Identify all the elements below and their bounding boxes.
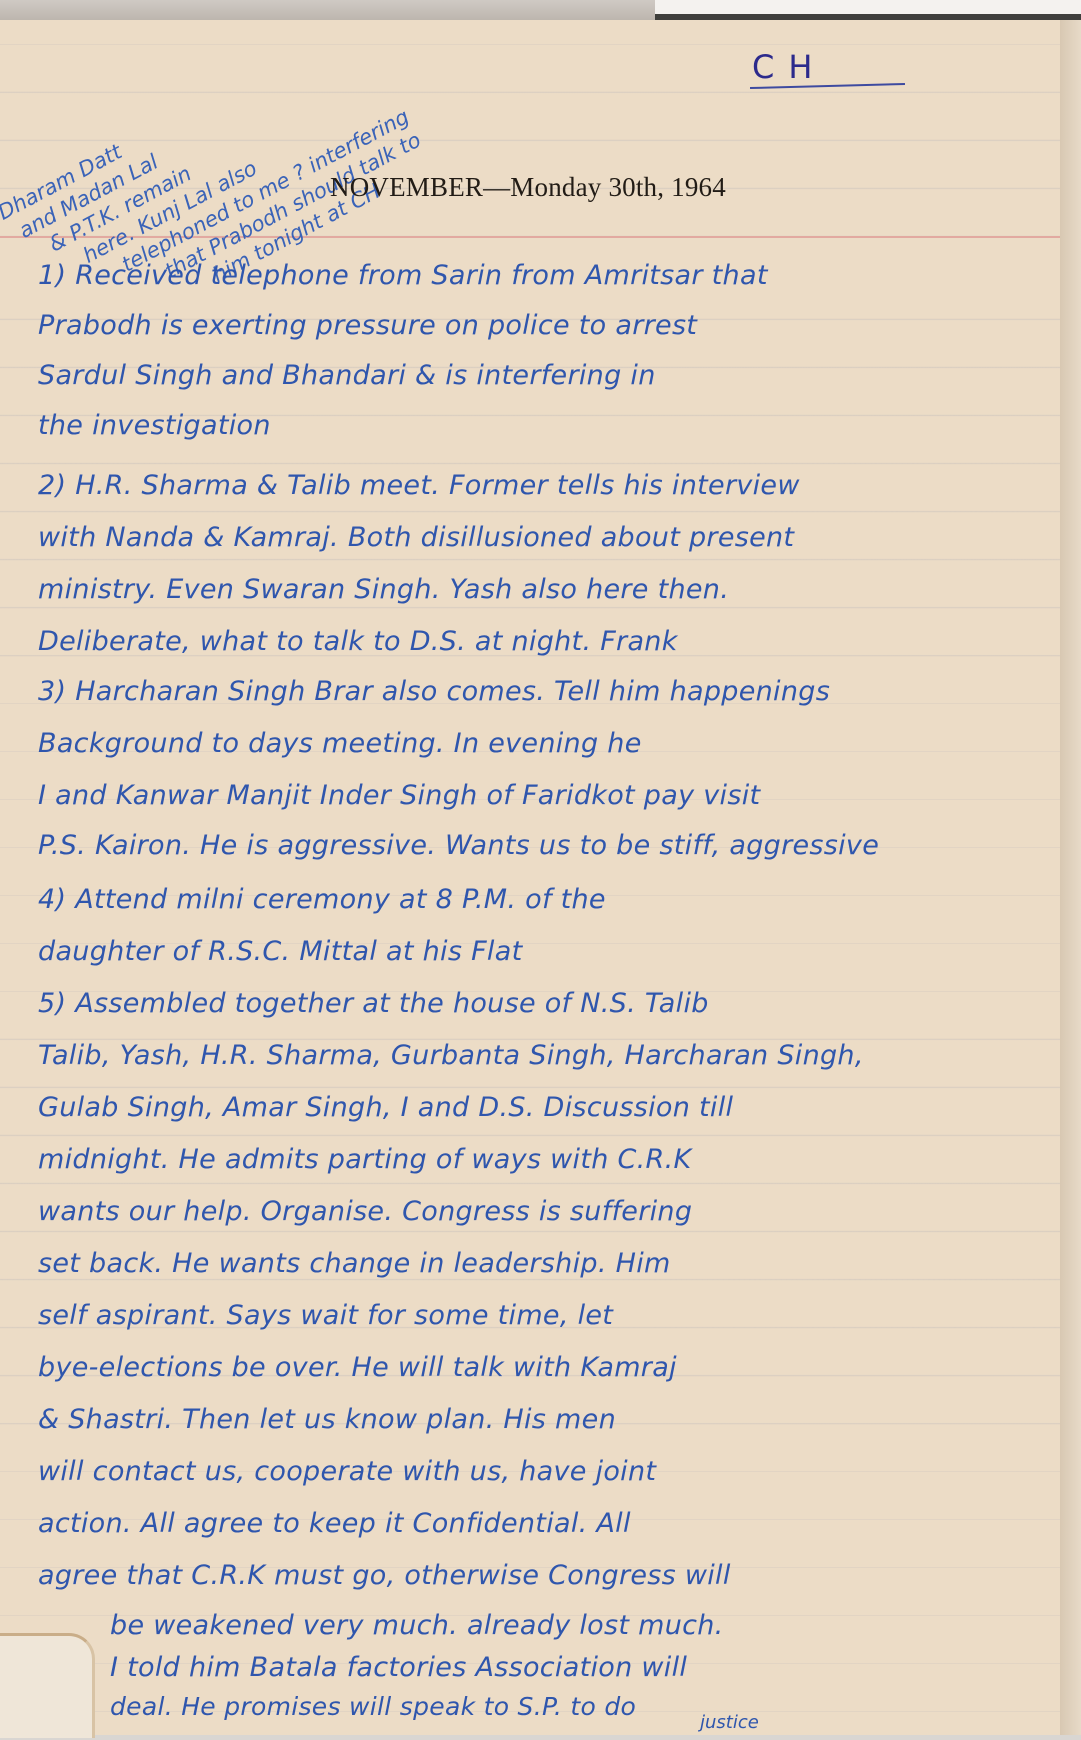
entry-line: Prabodh is exerting pressure on police t…	[38, 310, 697, 341]
entry-line: P.S. Kairon. He is aggressive. Wants us …	[38, 830, 879, 861]
entry-line: Sardul Singh and Bhandari & is interferi…	[38, 360, 656, 391]
page-spine	[1060, 20, 1081, 1735]
entry-line: with Nanda & Kamraj. Both disillusioned …	[38, 522, 794, 553]
entry-line: 2) H.R. Sharma & Talib meet. Former tell…	[38, 470, 800, 501]
entry-line: 4) Attend milni ceremony at 8 P.M. of th…	[38, 884, 606, 915]
entry-line: I and Kanwar Manjit Inder Singh of Farid…	[38, 780, 760, 811]
entry-line: I told him Batala factories Association …	[110, 1652, 687, 1683]
corner-mark: CH	[752, 48, 826, 86]
entry-line: Background to days meeting. In evening h…	[38, 728, 642, 759]
entry-line: be weakened very much. already lost much…	[110, 1610, 724, 1641]
entry-line: daughter of R.S.C. Mittal at his Flat	[38, 936, 522, 967]
entry-line: Talib, Yash, H.R. Sharma, Gurbanta Singh…	[38, 1040, 864, 1071]
footnote-insertion: justice	[700, 1712, 759, 1733]
entry-line: self aspirant. Says wait for some time, …	[38, 1300, 613, 1331]
page-tab-cutout	[0, 1633, 95, 1738]
entry-line: set back. He wants change in leadership.…	[38, 1248, 671, 1279]
entry-line: Deliberate, what to talk to D.S. at nigh…	[38, 626, 678, 657]
entry-line: bye-elections be over. He will talk with…	[38, 1352, 677, 1383]
entry-line: & Shastri. Then let us know plan. His me…	[38, 1404, 616, 1435]
entry-line: action. All agree to keep it Confidentia…	[38, 1508, 631, 1539]
entry-line: deal. He promises will speak to S.P. to …	[110, 1692, 636, 1721]
entry-line: 3) Harcharan Singh Brar also comes. Tell…	[38, 676, 830, 707]
entry-line: the investigation	[38, 410, 271, 441]
next-page-edge	[655, 0, 1081, 20]
entry-line: agree that C.R.K must go, otherwise Cong…	[38, 1560, 731, 1591]
entry-line: wants our help. Organise. Congress is su…	[38, 1196, 692, 1227]
entry-line: 1) Received telephone from Sarin from Am…	[38, 260, 768, 291]
entry-line: 5) Assembled together at the house of N.…	[38, 988, 709, 1019]
entry-line: ministry. Even Swaran Singh. Yash also h…	[38, 574, 729, 605]
entry-line: will contact us, cooperate with us, have…	[38, 1456, 656, 1487]
page-date-header: NOVEMBER—Monday 30th, 1964	[330, 172, 726, 203]
entry-line: Gulab Singh, Amar Singh, I and D.S. Disc…	[38, 1092, 733, 1123]
entry-line: midnight. He admits parting of ways with…	[38, 1144, 692, 1175]
